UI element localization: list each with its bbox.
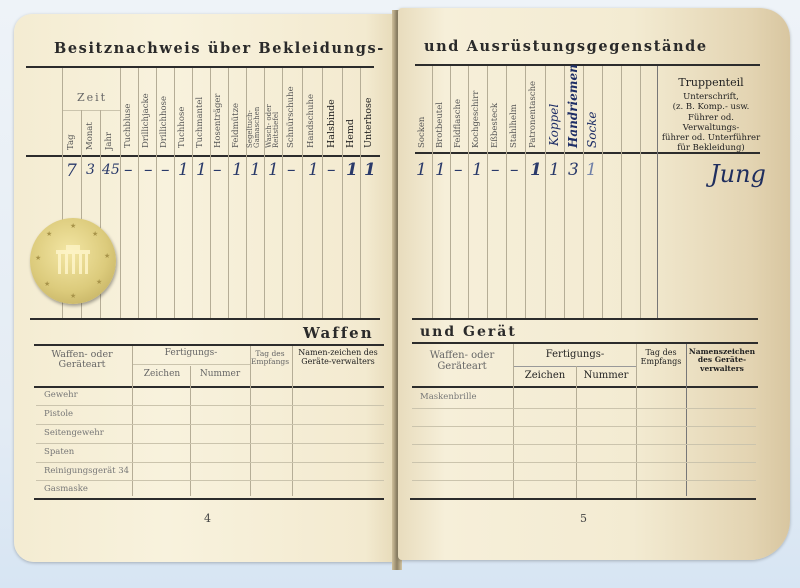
- row-divider: [412, 408, 756, 409]
- col-header-kochgeschirr: Kochgeschirr: [472, 80, 481, 148]
- right-table-bottom-rule: [412, 318, 758, 320]
- cell-hosentraeger: –: [213, 162, 222, 179]
- cell-tuchhose: 1: [178, 162, 189, 179]
- col-line: [564, 66, 565, 318]
- col-header-brotbeutel: Brotbeutel: [436, 86, 445, 148]
- row-divider: [412, 444, 756, 445]
- cell-handriemen: 3: [568, 162, 579, 179]
- star-icon: ★: [104, 252, 110, 260]
- coin: ★ ★ ★ ★ ★ ★ ★ ★: [30, 218, 116, 304]
- star-icon: ★: [35, 254, 41, 262]
- left-weapons-header-rule: [34, 386, 384, 388]
- cell-schnuerschuhe: –: [287, 162, 296, 179]
- weapon-row-pistole: Pistole: [44, 409, 73, 419]
- star-icon: ★: [70, 292, 76, 300]
- page-number-left: 4: [204, 512, 211, 525]
- left-weapons-bottom-rule: [34, 498, 384, 500]
- cell-koppel: 1: [549, 162, 560, 179]
- left-table-bottom-rule: [30, 318, 380, 320]
- weapons-type-header-right: Waffen- oder Geräteart: [414, 350, 510, 372]
- col-line: [640, 66, 641, 318]
- col-line: [468, 66, 469, 318]
- star-icon: ★: [44, 280, 50, 288]
- col-line: [513, 344, 514, 500]
- col-header-handriemen: Handriemen: [566, 64, 580, 148]
- right-top-rule: [415, 64, 760, 66]
- weapons-type-header: Waffen- oder Geräteart: [36, 350, 128, 371]
- col-line: [228, 68, 229, 318]
- cell-halsbinde: –: [327, 162, 336, 179]
- page-number-right: 5: [580, 512, 587, 525]
- col-line: [583, 66, 584, 318]
- row-divider: [36, 405, 384, 406]
- row-divider: [412, 426, 756, 427]
- row-divider: [412, 480, 756, 481]
- col-header-gamaschen: Segeltuch-Gamaschen: [247, 76, 263, 148]
- col-header-unterhose: Unterhose: [364, 90, 374, 148]
- col-header-tuchmantel: Tuchmantel: [196, 82, 205, 148]
- col-header-drillichjacke: Drillichjacke: [142, 82, 151, 148]
- col-header-socke: Socke: [585, 100, 599, 148]
- col-header-patronentasche: Patronentasche: [529, 66, 538, 148]
- namenszeichen-header: Namen-zeichen des Geräte-verwalters: [292, 349, 384, 367]
- col-line: [138, 68, 139, 318]
- cell-stahlhelm: –: [510, 162, 519, 179]
- cell-handschuhe: 1: [308, 162, 319, 179]
- weapon-row-gewehr: Gewehr: [44, 390, 78, 400]
- col-line: [487, 66, 488, 318]
- col-line: [686, 344, 687, 496]
- col-line: [506, 66, 507, 318]
- left-page-title: Besitznachweis über Bekleidungs-: [54, 40, 385, 57]
- col-line: [192, 68, 193, 318]
- col-line: [545, 66, 546, 318]
- col-header-feldflasche: Feldflasche: [454, 86, 463, 148]
- right-weapons-header-rule: [412, 386, 758, 388]
- col-header-halsbinde: Halsbinde: [327, 86, 337, 148]
- col-header-feldmuetze: Feldmütze: [232, 82, 241, 148]
- col-line: [292, 346, 293, 496]
- truppenteil-line: (z. B. Komp.- usw.: [660, 102, 762, 112]
- fertigungs-header: Fertigungs-: [132, 349, 250, 359]
- right-weapons-top-rule: [412, 342, 758, 344]
- truppenteil-line: Unterschrift,: [660, 92, 762, 102]
- weapon-row-maskenbrille: Maskenbrille: [420, 392, 476, 402]
- cell-unterhose: 1: [364, 162, 376, 179]
- zeit-header: Zeit: [64, 92, 120, 104]
- row-divider: [36, 480, 384, 481]
- zeichen-header: Zeichen: [134, 370, 190, 380]
- right-weapons-title: und Gerät: [420, 324, 517, 340]
- truppenteil-title: Truppenteil: [660, 76, 762, 89]
- col-line: [302, 68, 303, 318]
- zeit-divider: [62, 110, 120, 111]
- zeichen-header-right: Zeichen: [514, 370, 576, 381]
- col-header-tuchbluse: Tuchbluse: [124, 82, 133, 148]
- col-header-hemd: Hemd: [346, 100, 356, 148]
- col-line: [322, 68, 323, 318]
- row-divider: [36, 424, 384, 425]
- nummer-header-right: Nummer: [576, 370, 636, 381]
- col-line: [120, 68, 121, 318]
- star-icon: ★: [46, 230, 52, 238]
- cell-feldmuetze: 1: [232, 162, 243, 179]
- cell-monat: 3: [86, 163, 95, 177]
- signature: Jung: [710, 160, 766, 188]
- star-icon: ★: [96, 278, 102, 286]
- col-header-hosentraeger: Hosenträger: [214, 82, 223, 148]
- cell-tag: 7: [66, 163, 77, 180]
- cell-jahr: 45: [102, 163, 120, 177]
- col-line: [282, 68, 283, 318]
- truppenteil-header: Truppenteil Unterschrift, (z. B. Komp.- …: [660, 76, 762, 153]
- col-line: [432, 66, 433, 318]
- star-icon: ★: [70, 222, 76, 230]
- weapon-row-gasmaske: Gasmaske: [44, 484, 88, 494]
- col-header-tuchhose: Tuchhose: [178, 82, 187, 148]
- col-header-monat: Monat: [86, 116, 95, 150]
- col-header-tag: Tag: [67, 120, 76, 150]
- cell-socken: 1: [416, 162, 427, 179]
- row-divider: [412, 462, 756, 463]
- weapon-row-spaten: Spaten: [44, 447, 74, 457]
- fertigungs-header-right: Fertigungs-: [514, 349, 636, 360]
- nummer-header: Nummer: [190, 370, 250, 380]
- col-header-socken: Socken: [418, 100, 427, 148]
- truppenteil-line: für Bekleidung): [660, 143, 762, 153]
- truppenteil-line: Führer od. Verwaltungs-: [660, 113, 762, 133]
- col-header-handschuhe: Handschuhe: [307, 82, 316, 148]
- col-line: [210, 68, 211, 318]
- right-page-title: und Ausrüstungsgegenstände: [424, 38, 708, 55]
- col-line: [132, 346, 133, 496]
- col-line: [190, 366, 191, 496]
- col-header-stiefel: Wasch- oder Reitstiefel: [266, 76, 282, 148]
- star-icon: ★: [92, 230, 98, 238]
- cell-tuchmantel: 1: [196, 162, 207, 179]
- col-line: [156, 68, 157, 318]
- col-header-jahr: Jahr: [105, 120, 114, 150]
- col-line: [250, 346, 251, 496]
- col-header-essbesteck: Eßbesteck: [491, 86, 500, 148]
- col-line: [657, 66, 658, 318]
- brandenburg-gate-icon: [54, 244, 92, 276]
- cell-stiefel: 1: [268, 162, 279, 179]
- row-divider: [36, 462, 384, 463]
- tag-empfangs-header-right: Tag des Empfangs: [636, 349, 686, 367]
- cell-hemd: 1: [346, 162, 358, 179]
- fertigungs-divider: [132, 364, 250, 365]
- cell-essbesteck: –: [491, 162, 500, 179]
- fertigungs-divider-right: [514, 366, 636, 367]
- row-divider: [36, 443, 384, 444]
- weapon-row-seitengewehr: Seitengewehr: [44, 428, 104, 438]
- tag-empfangs-header: Tag des Empfangs: [250, 350, 290, 367]
- cell-drillichhose: –: [161, 162, 170, 179]
- namenszeichen-header-right: Namenszeichen des Geräte-verwalters: [686, 348, 758, 373]
- col-line: [636, 344, 637, 498]
- cell-drillichjacke: –: [144, 162, 153, 179]
- col-header-schnuerschuhe: Schnürschuhe: [287, 78, 296, 148]
- left-header-rule: [26, 155, 380, 157]
- cell-patronentasche: 1: [530, 162, 542, 179]
- col-line: [525, 66, 526, 318]
- left-weapons-top-rule: [34, 344, 384, 346]
- cell-kochgeschirr: 1: [472, 162, 483, 179]
- left-weapons-title: Waffen: [303, 324, 374, 342]
- col-line: [174, 68, 175, 318]
- cell-feldflasche: –: [454, 162, 463, 179]
- col-line: [360, 68, 361, 318]
- cell-gamaschen: 1: [250, 162, 261, 179]
- col-line: [621, 66, 622, 318]
- col-header-stahlhelm: Stahlhelm: [510, 86, 519, 148]
- cell-socke: 1: [586, 162, 597, 179]
- col-header-drillichhose: Drillichhose: [160, 82, 169, 148]
- col-header-koppel: Koppel: [547, 82, 561, 146]
- weapon-row-reinigungsgeraet: Reinigungsgerät 34: [44, 466, 129, 476]
- cell-brotbeutel: 1: [435, 162, 446, 179]
- truppenteil-line: führer od. Unterführer: [660, 133, 762, 143]
- col-line: [450, 66, 451, 318]
- col-line: [342, 68, 343, 318]
- right-weapons-bottom-rule: [410, 498, 756, 500]
- col-line: [602, 66, 603, 318]
- cell-tuchbluse: –: [124, 162, 133, 179]
